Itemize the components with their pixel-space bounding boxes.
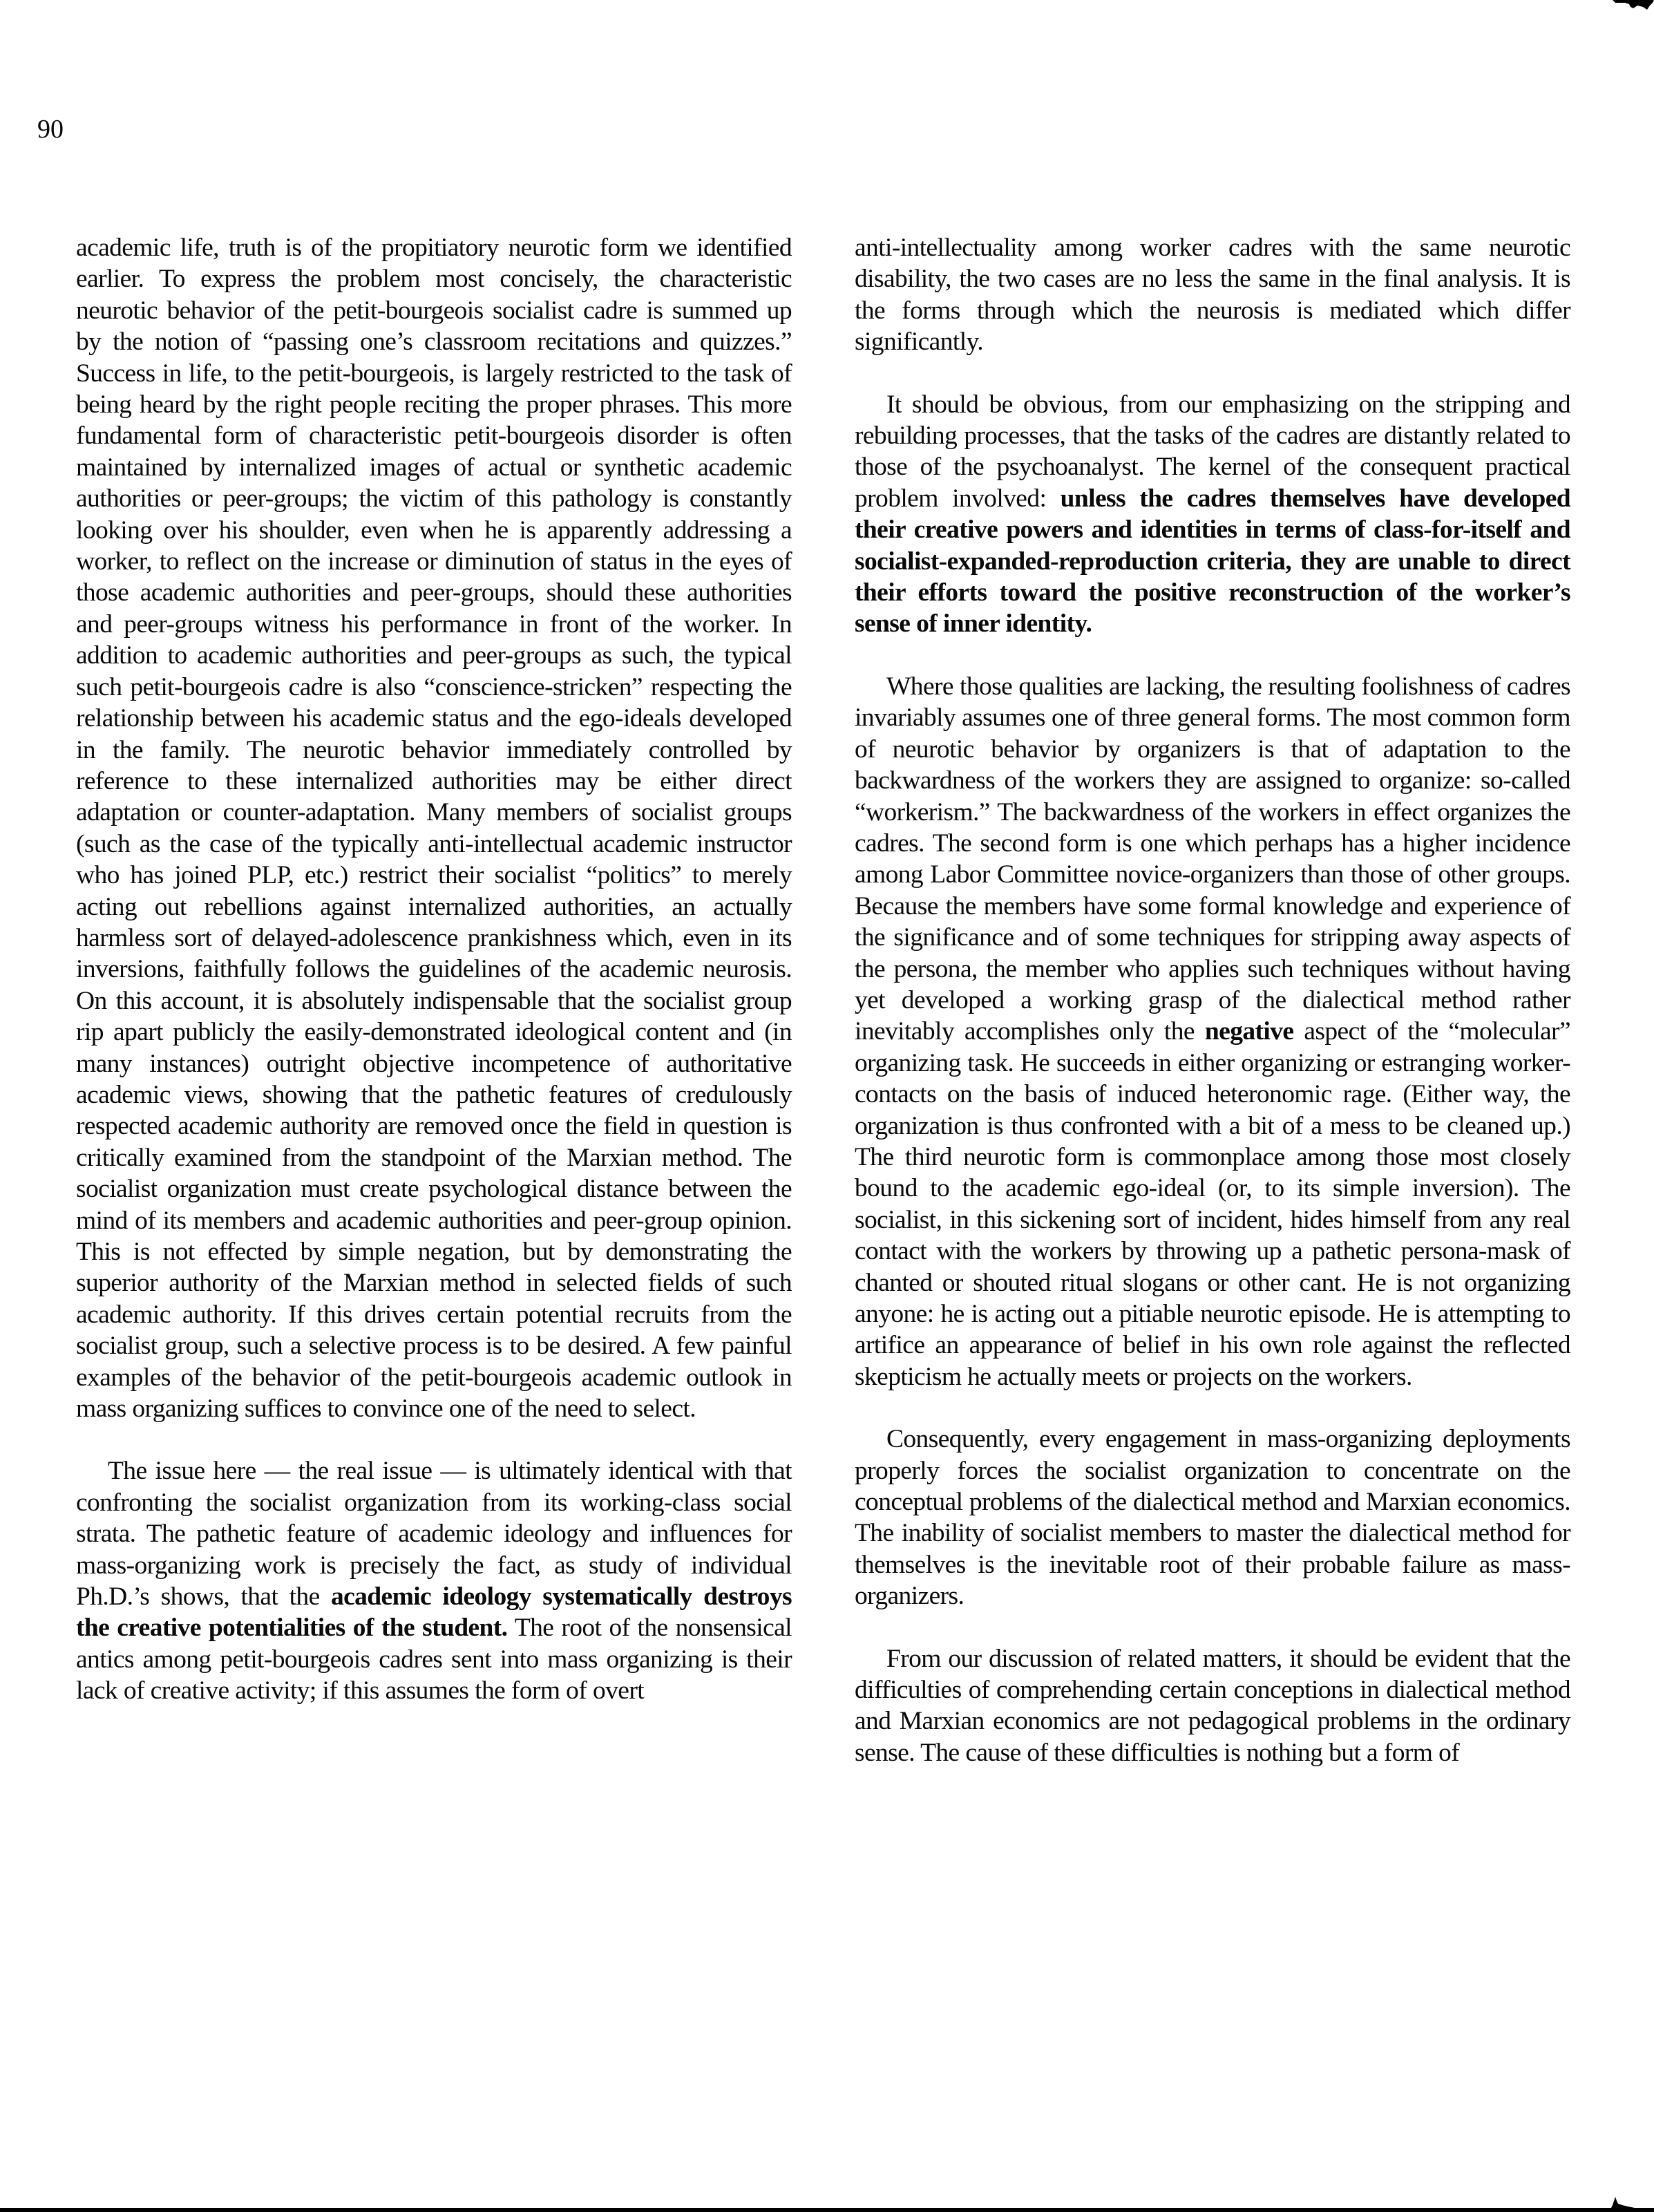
body-text: Where those qualities are lacking, the r… <box>855 672 1570 1046</box>
left-paragraph-1: academic life, truth is of the propitiat… <box>76 232 792 1424</box>
body-text: From our discussion of related matters, … <box>855 1645 1570 1767</box>
emphasized-text: negative <box>1205 1017 1294 1046</box>
body-text: anti-intellectuality among worker cadres… <box>855 234 1570 356</box>
body-text: academic life, truth is of the propitiat… <box>76 234 792 1423</box>
right-column: anti-intellectuality among worker cadres… <box>855 232 1570 1768</box>
left-column: academic life, truth is of the propitiat… <box>76 232 792 1707</box>
page-number: 90 <box>37 116 64 142</box>
scan-artifact-bottom-edge <box>0 2208 1654 2212</box>
right-paragraph-4: Consequently, every engagement in mass-o… <box>855 1424 1570 1611</box>
right-paragraph-3: Where those qualities are lacking, the r… <box>855 671 1570 1392</box>
body-text: Consequently, every engagement in mass-o… <box>855 1425 1570 1610</box>
left-paragraph-2: The issue here — the real issue — is ult… <box>76 1455 792 1706</box>
right-paragraph-1: anti-intellectuality among worker cadres… <box>855 232 1570 358</box>
body-text: aspect of the “molecular” organizing tas… <box>855 1017 1570 1390</box>
right-paragraph-2: It should be obvious, from our emphasizi… <box>855 389 1570 640</box>
scan-artifact-bottom-smudge <box>1607 2191 1642 2209</box>
scan-artifact-corner-mark <box>1613 0 1654 12</box>
right-paragraph-5: From our discussion of related matters, … <box>855 1643 1570 1769</box>
